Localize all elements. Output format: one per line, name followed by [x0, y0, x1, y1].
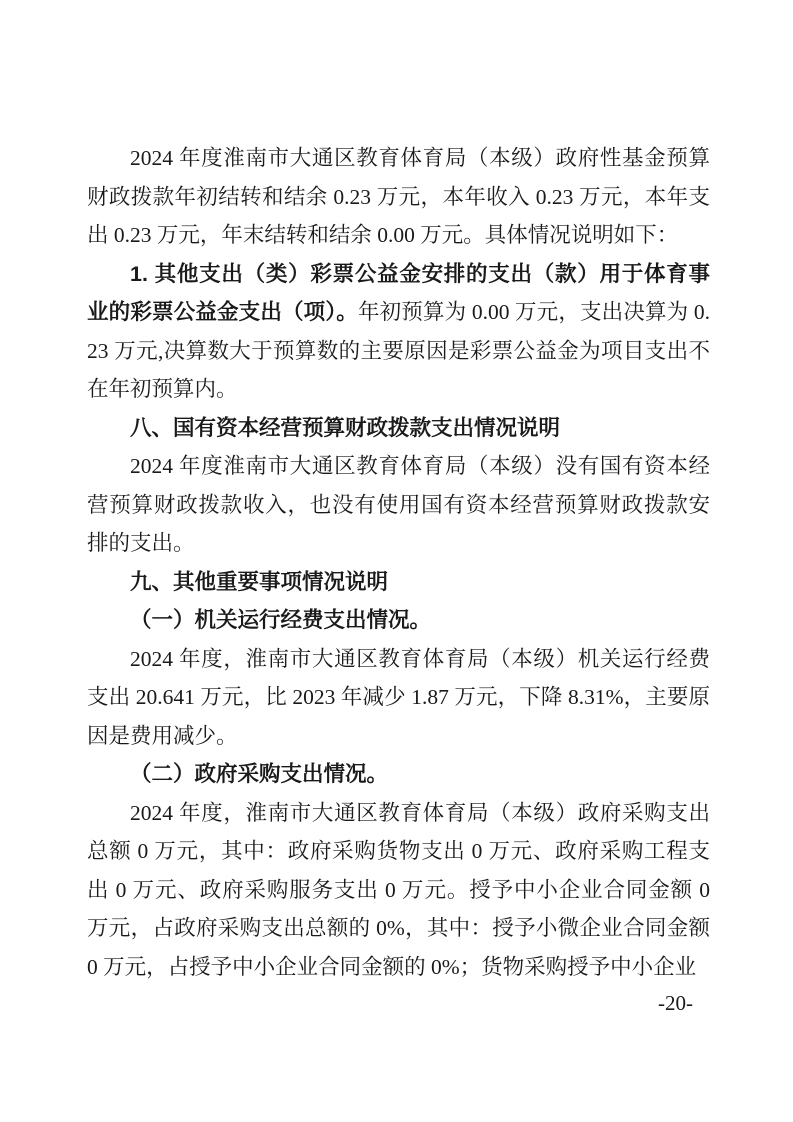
para-gov-procurement: 2024 年度，淮南市大通区教育体育局（本级）政府采购支出总额 0 万元，其中：…	[87, 794, 710, 987]
para-lottery-expense-item: 1. 其他支出（类）彩票公益金安排的支出（款）用于体育事业的彩票公益金支出（项）…	[87, 255, 710, 409]
page-number: -20-	[658, 988, 693, 1018]
heading-text: 九、其他重要事项情况说明	[130, 570, 388, 594]
document-page: 2024 年度淮南市大通区教育体育局（本级）政府性基金预算财政拨款年初结转和结余…	[0, 0, 793, 1122]
para-text: 2024 年度，淮南市大通区教育体育局（本级）政府采购支出总额 0 万元，其中：…	[87, 801, 710, 979]
heading-section-8-state-capital: 八、国有资本经营预算财政拨款支出情况说明	[87, 409, 710, 448]
document-body: 2024 年度淮南市大通区教育体育局（本级）政府性基金预算财政拨款年初结转和结余…	[87, 139, 710, 986]
para-gov-fund-summary: 2024 年度淮南市大通区教育体育局（本级）政府性基金预算财政拨款年初结转和结余…	[87, 139, 710, 255]
para-text: 2024 年度，淮南市大通区教育体育局（本级）机关运行经费支出 20.641 万…	[87, 647, 710, 748]
para-agency-operating-expense: 2024 年度，淮南市大通区教育体育局（本级）机关运行经费支出 20.641 万…	[87, 640, 710, 756]
heading-text: 八、国有资本经营预算财政拨款支出情况说明	[130, 416, 560, 440]
para-text: 2024 年度淮南市大通区教育体育局（本级）没有国有资本经营预算财政拨款收入，也…	[87, 454, 710, 555]
heading-text: （二）政府采购支出情况。	[130, 762, 388, 786]
heading-section-9-other-matters: 九、其他重要事项情况说明	[87, 563, 710, 602]
heading-sub-2-gov-procurement: （二）政府采购支出情况。	[87, 755, 710, 794]
heading-text: （一）机关运行经费支出情况。	[130, 608, 431, 632]
para-state-capital-statement: 2024 年度淮南市大通区教育体育局（本级）没有国有资本经营预算财政拨款收入，也…	[87, 447, 710, 563]
heading-sub-1-agency-operating-expense: （一）机关运行经费支出情况。	[87, 601, 710, 640]
para-text: 2024 年度淮南市大通区教育体育局（本级）政府性基金预算财政拨款年初结转和结余…	[87, 146, 710, 247]
